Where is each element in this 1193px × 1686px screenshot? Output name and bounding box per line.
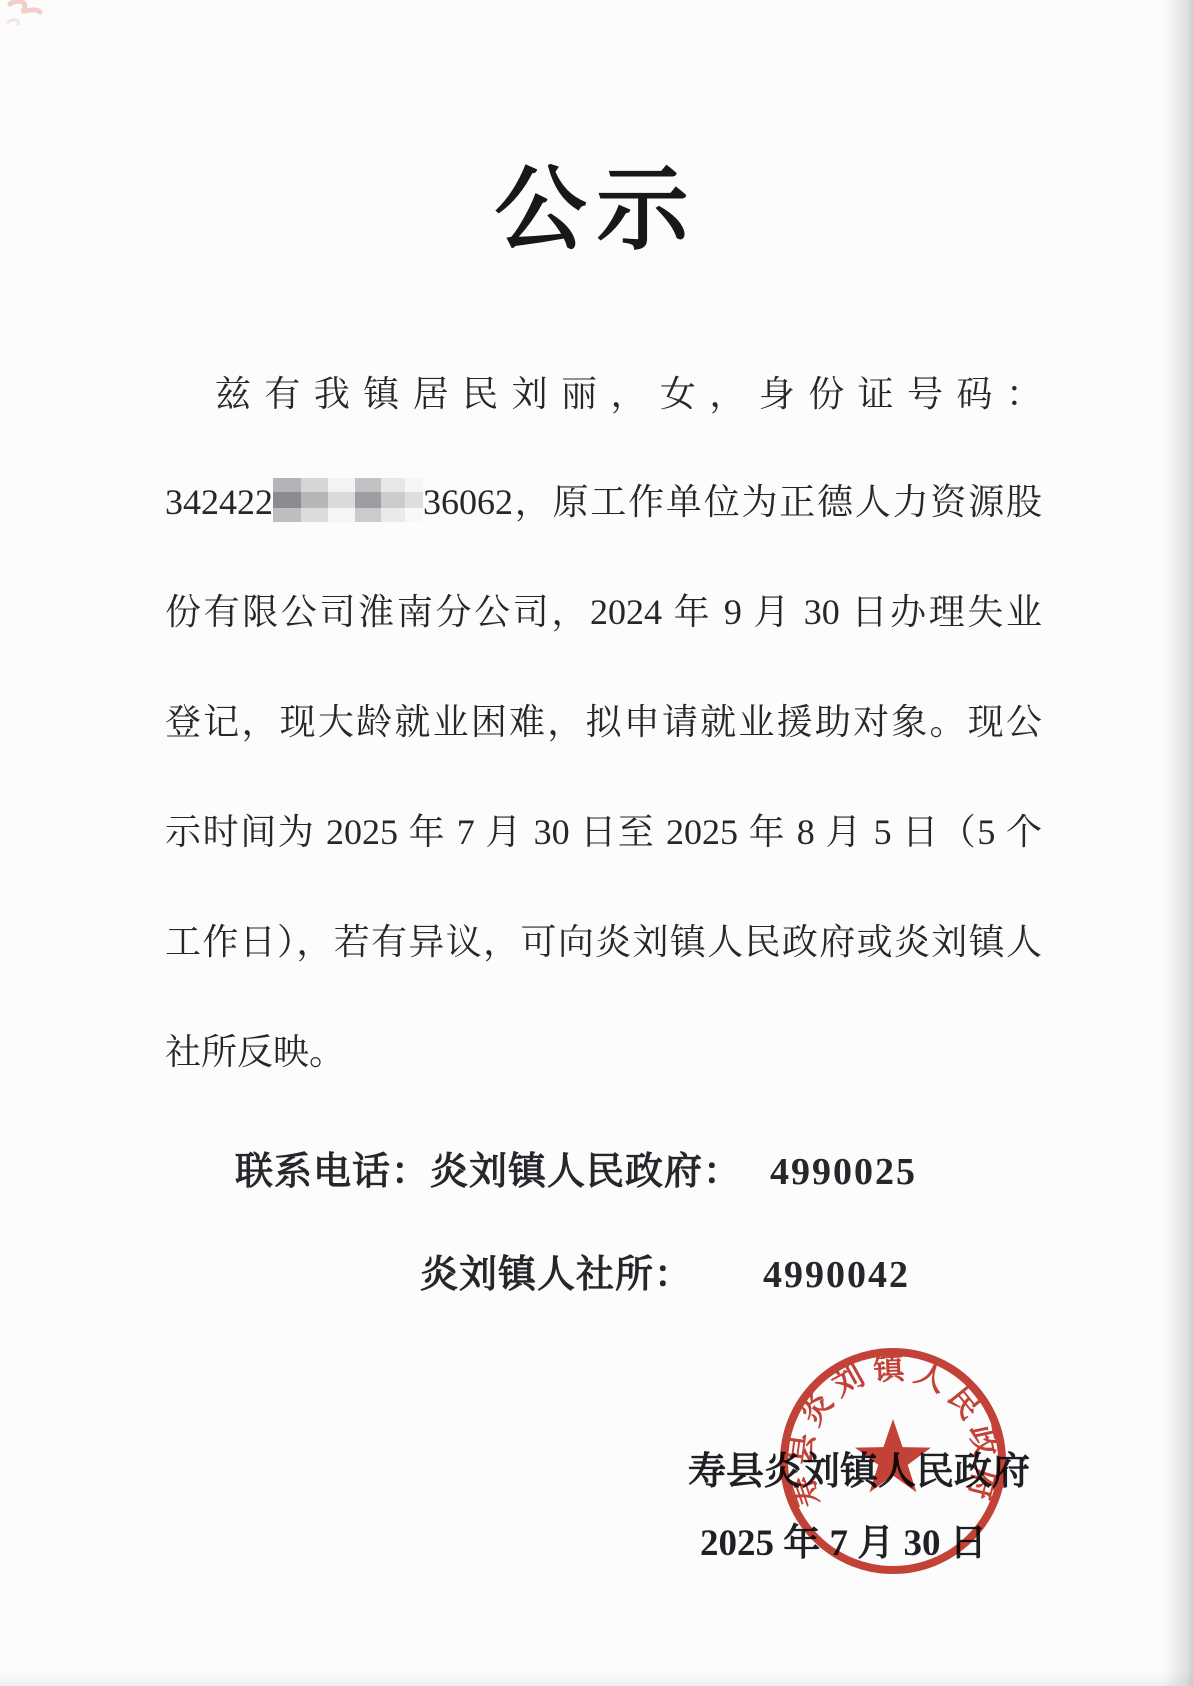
official-seal: 寿县炎刘镇人民政府 <box>770 1338 1016 1584</box>
id-number-suffix: 36062，原工作单位为正德人力资源股 <box>423 482 1042 522</box>
body-line-4: 登记，现大龄就业困难，拟申请就业援助对象。现公 <box>165 698 1042 756</box>
body-line-7: 社所反映。 <box>165 1028 1042 1086</box>
body-line-1: 兹有我镇居民刘丽，女，身份证号码： <box>165 370 1042 428</box>
id-number-prefix: 342422 <box>165 482 273 522</box>
redaction-mosaic <box>273 478 423 522</box>
red-pen-mark <box>4 0 52 34</box>
body-line-5: 示时间为 2025 年 7 月 30 日至 2025 年 8 月 5 日（5 个 <box>165 808 1042 866</box>
notice-title: 公示 <box>0 136 1193 268</box>
hr-office-phone-number: 4990042 <box>763 1253 910 1297</box>
body-line-3: 份有限公司淮南分公司，2024 年 9 月 30 日办理失业 <box>165 588 1042 646</box>
contact-line-government: 联系电话：炎刘镇人民政府： 4990025 <box>235 1140 917 1195</box>
body-line-2: 34242236062，原工作单位为正德人力资源股 <box>165 478 1042 536</box>
seal-star-icon <box>855 1419 931 1492</box>
body-line-6: 工作日），若有异议，可向炎刘镇人民政府或炎刘镇人 <box>165 918 1042 976</box>
government-phone-label: 联系电话：炎刘镇人民政府： <box>235 1140 742 1195</box>
notice-document: 公示 兹有我镇居民刘丽，女，身份证号码： 34242236062，原工作单位为正… <box>0 0 1193 1686</box>
contact-line-hr-office: 炎刘镇人社所： 4990042 <box>420 1243 910 1298</box>
hr-office-phone-label: 炎刘镇人社所： <box>420 1243 693 1298</box>
government-phone-number: 4990025 <box>770 1150 917 1194</box>
